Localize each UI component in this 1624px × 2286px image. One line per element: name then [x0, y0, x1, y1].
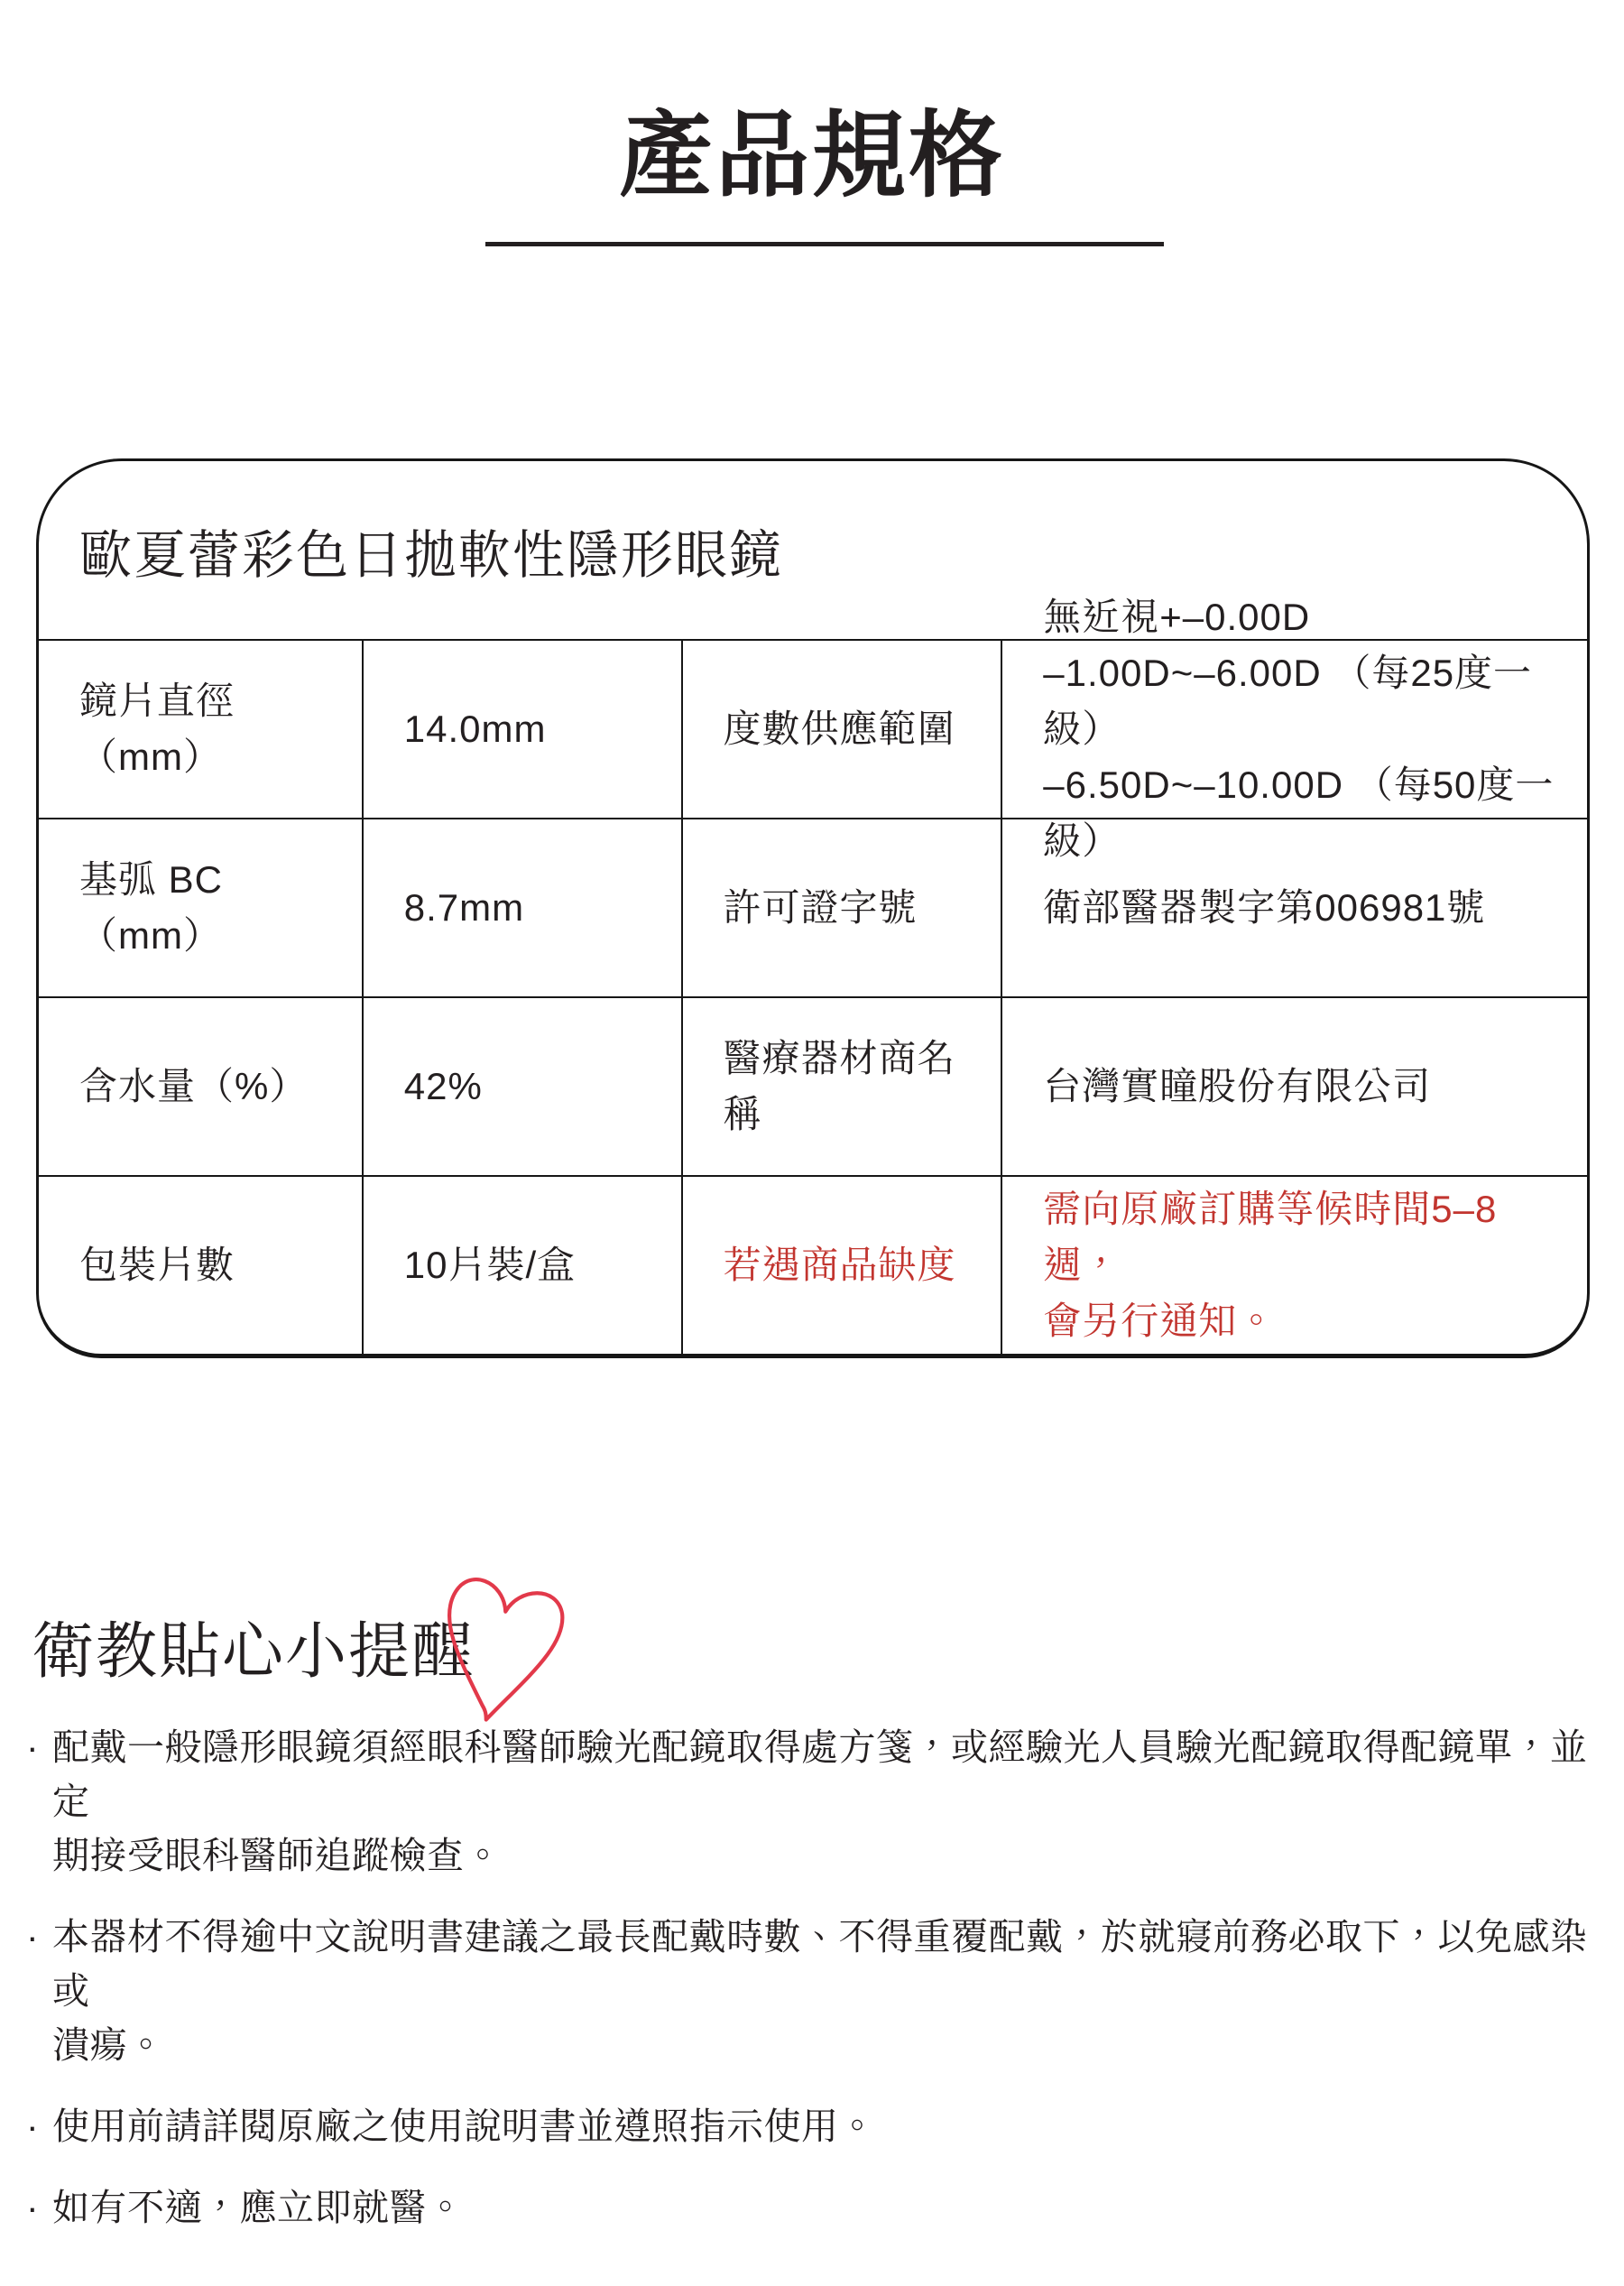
spec-value-license-number: 衛部醫器製字第006981號: [1001, 818, 1587, 996]
bullet-dot: ·: [26, 1910, 39, 1964]
spec-value-water-content: 42%: [362, 996, 681, 1175]
spec-label-power-range: 度數供應範圍: [681, 639, 1001, 818]
spec-label-pack-quantity: 包裝片數: [39, 1175, 362, 1354]
product-spec-page: 產品規格 歐夏蕾彩色日拋軟性隱形眼鏡 鏡片直徑（mm） 14.0mm 度數供應範…: [0, 0, 1624, 2286]
spec-table: 歐夏蕾彩色日拋軟性隱形眼鏡 鏡片直徑（mm） 14.0mm 度數供應範圍 無近視…: [36, 458, 1590, 1358]
spec-grid: 鏡片直徑（mm） 14.0mm 度數供應範圍 無近視+–0.00D –1.00D…: [39, 639, 1587, 1354]
bullet-item: ·使用前請詳閱原廠之使用說明書並遵照指示使用。: [22, 2099, 1611, 2153]
spec-label-diameter: 鏡片直徑（mm）: [39, 639, 362, 818]
spec-label-shortage-notice: 若遇商品缺度: [681, 1175, 1001, 1354]
bullet-item: ·配戴一般隱形眼鏡須經眼科醫師驗光配鏡取得處方箋，或經驗光人員驗光配鏡取得配鏡單…: [22, 1720, 1611, 1883]
spec-value-shortage-notice: 需向原廠訂購等候時間5–8週， 會另行通知。: [1001, 1175, 1587, 1354]
title-underline: [485, 242, 1164, 246]
bullet-item: ·本器材不得逾中文說明書建議之最長配戴時數、不得重覆配戴，於就寢前務必取下，以免…: [22, 1910, 1611, 2072]
product-name: 歐夏蕾彩色日拋軟性隱形眼鏡: [79, 513, 783, 588]
spec-label-base-curve: 基弧 BC（mm）: [39, 818, 362, 996]
spec-value-diameter: 14.0mm: [362, 639, 681, 818]
bullet-dot: ·: [26, 2099, 39, 2153]
reminder-bullet-list: ·配戴一般隱形眼鏡須經眼科醫師驗光配鏡取得處方箋，或經驗光人員驗光配鏡取得配鏡單…: [22, 1720, 1611, 2262]
spec-label-water-content: 含水量（%）: [39, 996, 362, 1175]
spec-label-vendor-name: 醫療器材商名稱: [681, 996, 1001, 1175]
bullet-dot: ·: [26, 2180, 39, 2235]
spec-value-base-curve: 8.7mm: [362, 818, 681, 996]
reminder-section-title: 衛教貼心小提醒: [32, 1603, 475, 1690]
spec-value-power-range: 無近視+–0.00D –1.00D~–6.00D （每25度一級） –6.50D…: [1001, 639, 1587, 818]
heart-icon: [422, 1567, 571, 1727]
spec-value-pack-quantity: 10片裝/盒: [362, 1175, 681, 1354]
bullet-dot: ·: [26, 1720, 39, 1774]
spec-label-license-number: 許可證字號: [681, 818, 1001, 996]
spec-value-vendor-name: 台灣實瞳股份有限公司: [1001, 996, 1587, 1175]
bullet-item: ·如有不適，應立即就醫。: [22, 2180, 1611, 2235]
page-title: 產品規格: [0, 79, 1624, 215]
